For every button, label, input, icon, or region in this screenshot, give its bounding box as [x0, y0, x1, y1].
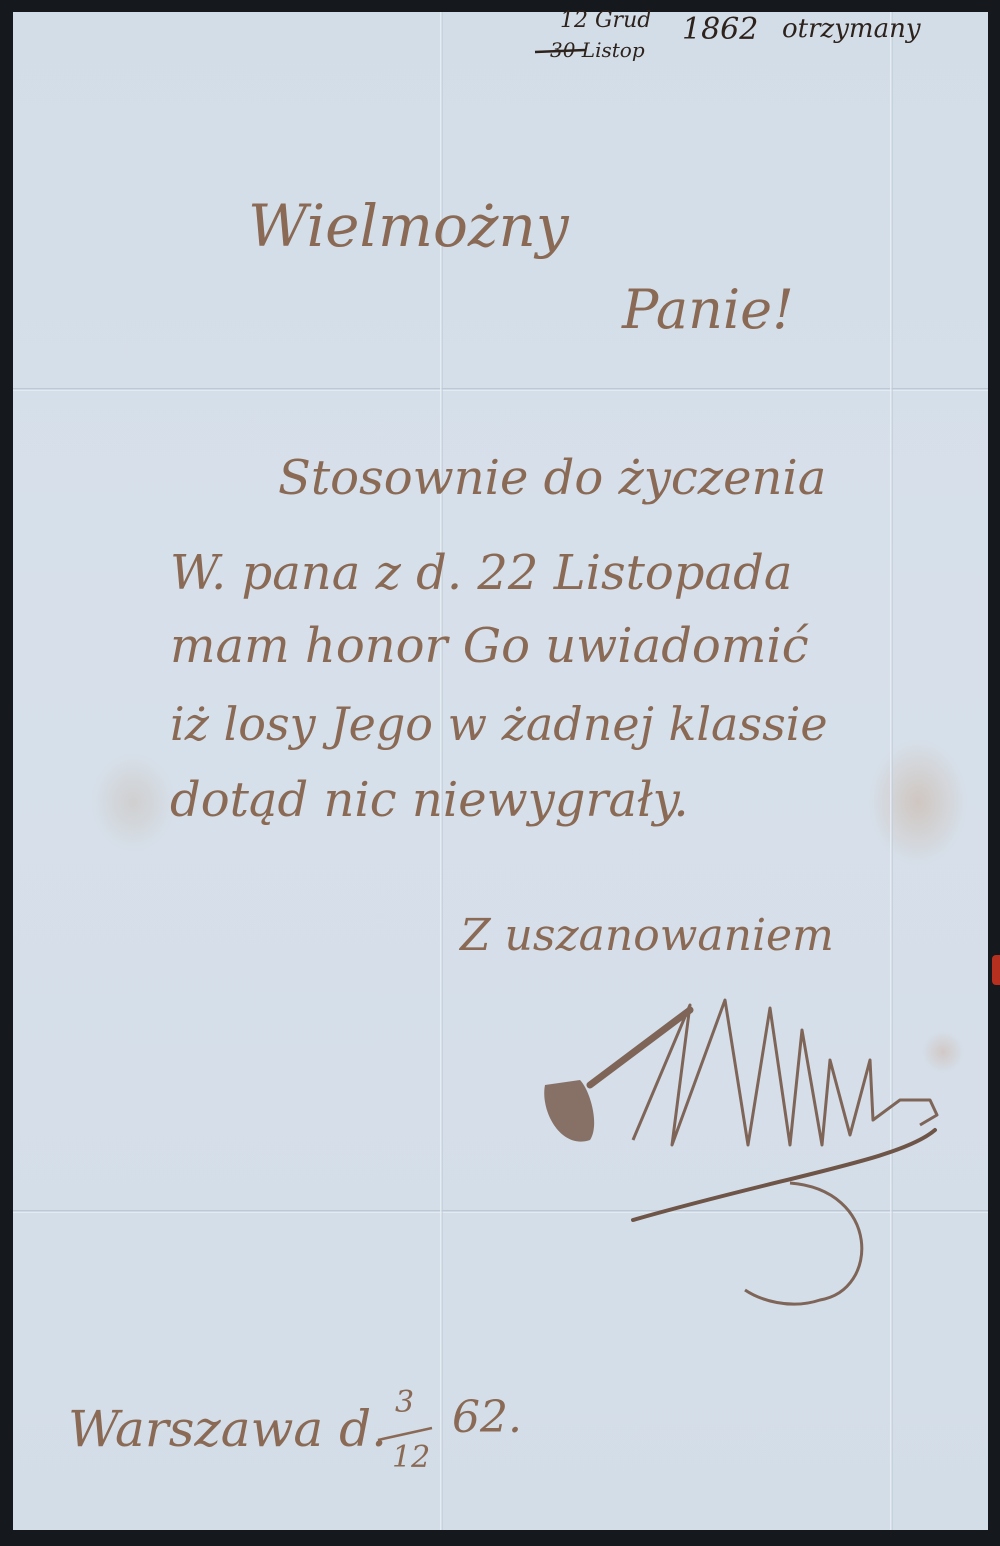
date-fraction-bar — [0, 0, 1000, 1546]
